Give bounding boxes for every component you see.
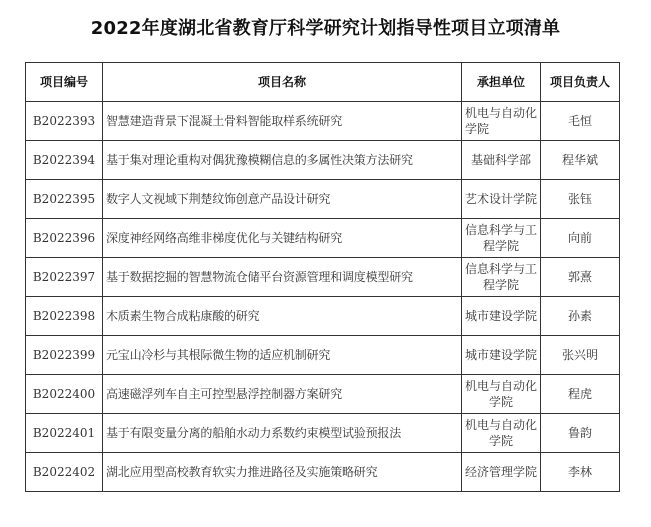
project-lead: 张兴明 (541, 336, 620, 375)
project-unit: 信息科学与工程学院 (462, 219, 541, 258)
project-list-table: 项目编号 项目名称 承担单位 项目负责人 B2022393 智慧建造背景下混凝土… (25, 62, 620, 492)
project-unit: 机电与自动化学院 (462, 375, 541, 414)
project-code: B2022400 (26, 375, 103, 414)
project-name: 智慧建造背景下混凝土骨料智能取样系统研究 (103, 102, 462, 141)
table-row: B2022400 高速磁浮列车自主可控型悬浮控制器方案研究 机电与自动化学院 程… (26, 375, 620, 414)
project-lead: 张钰 (541, 180, 620, 219)
page-title: 2022年度湖北省教育厅科学研究计划指导性项目立项清单 (0, 14, 651, 40)
project-unit: 基础科学部 (462, 141, 541, 180)
project-name: 湖北应用型高校教育软实力推进路径及实施策略研究 (103, 453, 462, 492)
table-row: B2022395 数字人文视域下荆楚纹饰创意产品设计研究 艺术设计学院 张钰 (26, 180, 620, 219)
table-row: B2022401 基于有限变量分离的船舶水动力系数约束模型试验预报法 机电与自动… (26, 414, 620, 453)
project-lead: 李林 (541, 453, 620, 492)
project-code: B2022401 (26, 414, 103, 453)
project-unit: 艺术设计学院 (462, 180, 541, 219)
table-row: B2022402 湖北应用型高校教育软实力推进路径及实施策略研究 经济管理学院 … (26, 453, 620, 492)
project-name: 数字人文视域下荆楚纹饰创意产品设计研究 (103, 180, 462, 219)
project-code: B2022395 (26, 180, 103, 219)
header-unit: 承担单位 (462, 63, 541, 102)
project-lead: 向前 (541, 219, 620, 258)
table-row: B2022397 基于数据挖掘的智慧物流仓储平台资源管理和调度模型研究 信息科学… (26, 258, 620, 297)
header-lead: 项目负责人 (541, 63, 620, 102)
project-unit: 机电与自动化学院 (462, 414, 541, 453)
project-name: 深度神经网络高维非梯度优化与关键结构研究 (103, 219, 462, 258)
table-row: B2022399 元宝山冷杉与其根际微生物的适应机制研究 城市建设学院 张兴明 (26, 336, 620, 375)
project-name: 基于集对理论重构对偶犹豫模糊信息的多属性决策方法研究 (103, 141, 462, 180)
project-name: 木质素生物合成粘康酸的研究 (103, 297, 462, 336)
header-project-name: 项目名称 (103, 63, 462, 102)
project-lead: 毛恒 (541, 102, 620, 141)
project-name: 元宝山冷杉与其根际微生物的适应机制研究 (103, 336, 462, 375)
project-code: B2022398 (26, 297, 103, 336)
project-unit: 城市建设学院 (462, 297, 541, 336)
project-unit: 城市建设学院 (462, 336, 541, 375)
table-row: B2022398 木质素生物合成粘康酸的研究 城市建设学院 孙素 (26, 297, 620, 336)
project-lead: 鲁韵 (541, 414, 620, 453)
project-lead: 程虎 (541, 375, 620, 414)
header-project-code: 项目编号 (26, 63, 103, 102)
table-row: B2022396 深度神经网络高维非梯度优化与关键结构研究 信息科学与工程学院 … (26, 219, 620, 258)
project-lead: 郭熹 (541, 258, 620, 297)
table-header-row: 项目编号 项目名称 承担单位 项目负责人 (26, 63, 620, 102)
project-lead: 程华斌 (541, 141, 620, 180)
project-lead: 孙素 (541, 297, 620, 336)
project-name: 高速磁浮列车自主可控型悬浮控制器方案研究 (103, 375, 462, 414)
project-code: B2022399 (26, 336, 103, 375)
project-unit: 经济管理学院 (462, 453, 541, 492)
project-code: B2022396 (26, 219, 103, 258)
project-name: 基于有限变量分离的船舶水动力系数约束模型试验预报法 (103, 414, 462, 453)
project-code: B2022397 (26, 258, 103, 297)
table-row: B2022393 智慧建造背景下混凝土骨料智能取样系统研究 机电与自动化学院 毛… (26, 102, 620, 141)
project-unit: 机电与自动化学院 (462, 102, 541, 141)
table-row: B2022394 基于集对理论重构对偶犹豫模糊信息的多属性决策方法研究 基础科学… (26, 141, 620, 180)
project-name: 基于数据挖掘的智慧物流仓储平台资源管理和调度模型研究 (103, 258, 462, 297)
project-code: B2022402 (26, 453, 103, 492)
project-unit: 信息科学与工程学院 (462, 258, 541, 297)
project-code: B2022393 (26, 102, 103, 141)
project-code: B2022394 (26, 141, 103, 180)
